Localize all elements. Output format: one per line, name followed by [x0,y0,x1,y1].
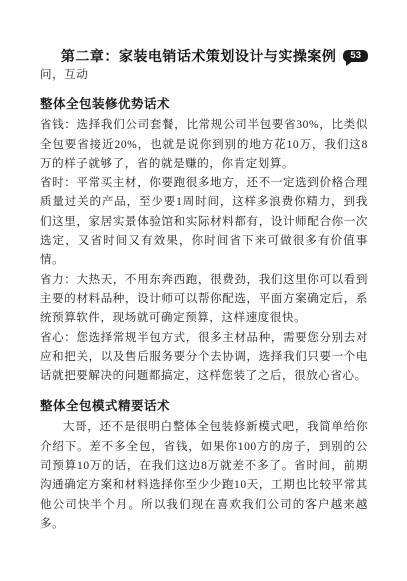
page-number: 53 [350,50,361,61]
paragraph-save-money: 省钱：选择我们公司套餐，比常规公司半包要省30%，比类似全包要省接近20%，也就… [40,116,368,174]
chapter-title: 第二章：家装电销话术策划设计与实操案例 [61,46,337,66]
section-heading-advantage: 整体全包装修优势话术 [40,96,368,112]
page-number-badge: 53 [343,50,368,62]
paragraph-save-effort: 省力：大热天，不用东奔西跑，很费劲，我们这里你可以看到主要的材料品种，设计师可以… [40,271,368,329]
section-heading-essentials: 整体全包模式精要话术 [40,398,368,414]
paragraph-save-worry: 省心：您选择常规半包方式，很多主材品种，需要您分别去对应和把关，以及售后服务要分… [40,329,368,387]
intro-line: 问，互动 [40,66,368,85]
text-block: 问，互动 整体全包装修优势话术 省钱：选择我们公司套餐，比常规公司半包要省30%… [40,66,368,534]
paragraph-essentials-pitch: 大哥，还不是很明白整体全包装修新模式吧，我简单给你介绍下。差不多全包，省钱，如果… [40,418,368,534]
document-page: 第二章：家装电销话术策划设计与实操案例 53 问，互动 整体全包装修优势话术 省… [0,0,407,581]
paragraph-save-time: 省时：平常买主材，你要跑很多地方，还不一定选到价格合理质量过关的产品，至少要1周… [40,174,368,270]
chapter-header: 第二章：家装电销话术策划设计与实操案例 53 [40,46,368,66]
